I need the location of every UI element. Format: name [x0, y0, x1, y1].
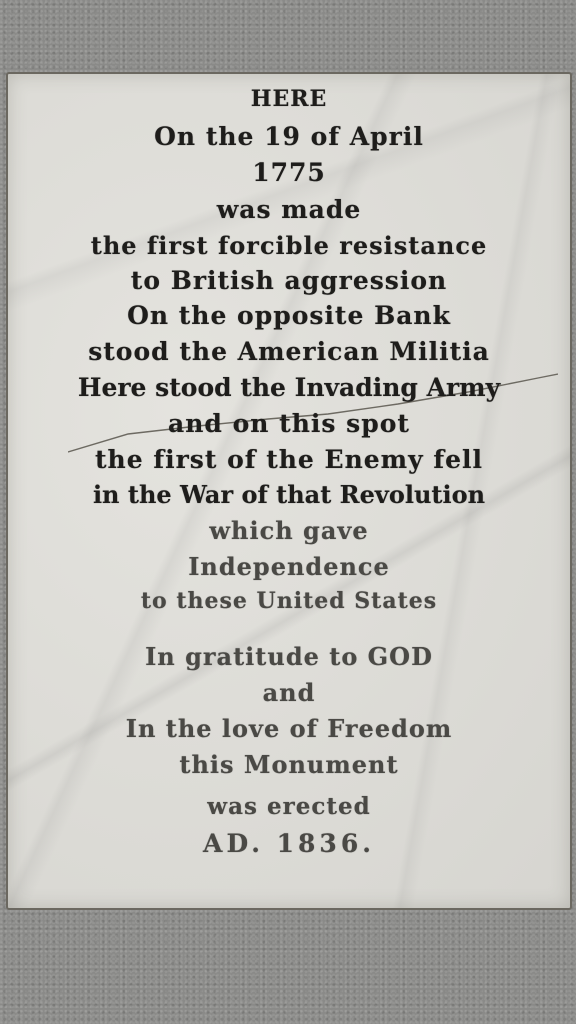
inscription-line: In gratitude to GOD — [8, 642, 570, 671]
marble-plaque: HERE On the 19 of April 1775 was made th… — [6, 72, 572, 910]
inscription-line: 1775 — [8, 158, 570, 187]
inscription-line: AD. 1836. — [8, 829, 570, 858]
inscription-line: in the War of that Revolution — [8, 480, 570, 509]
inscription-line: to British aggression — [8, 266, 570, 295]
inscription-line: Here stood the Invading Army — [8, 373, 570, 402]
inscription-line: Independence — [8, 552, 570, 581]
inscription-line: and on this spot — [8, 409, 570, 438]
inscription-line: In the love of Freedom — [8, 714, 570, 743]
inscription-line: On the opposite Bank — [8, 301, 570, 330]
inscription-line: was erected — [8, 793, 570, 820]
inscription-line: was made — [8, 195, 570, 224]
inscription-line: and — [8, 678, 570, 707]
inscription-line: this Monument — [8, 750, 570, 779]
inscription-line: On the 19 of April — [8, 122, 570, 151]
inscription-line: HERE — [8, 86, 570, 112]
inscription-line: to these United States — [8, 588, 570, 614]
inscription-line: stood the American Militia — [8, 337, 570, 366]
inscription-line: the first of the Enemy fell — [8, 445, 570, 474]
inscription-line: the first forcible resistance — [8, 231, 570, 260]
inscription-line: which gave — [8, 516, 570, 545]
